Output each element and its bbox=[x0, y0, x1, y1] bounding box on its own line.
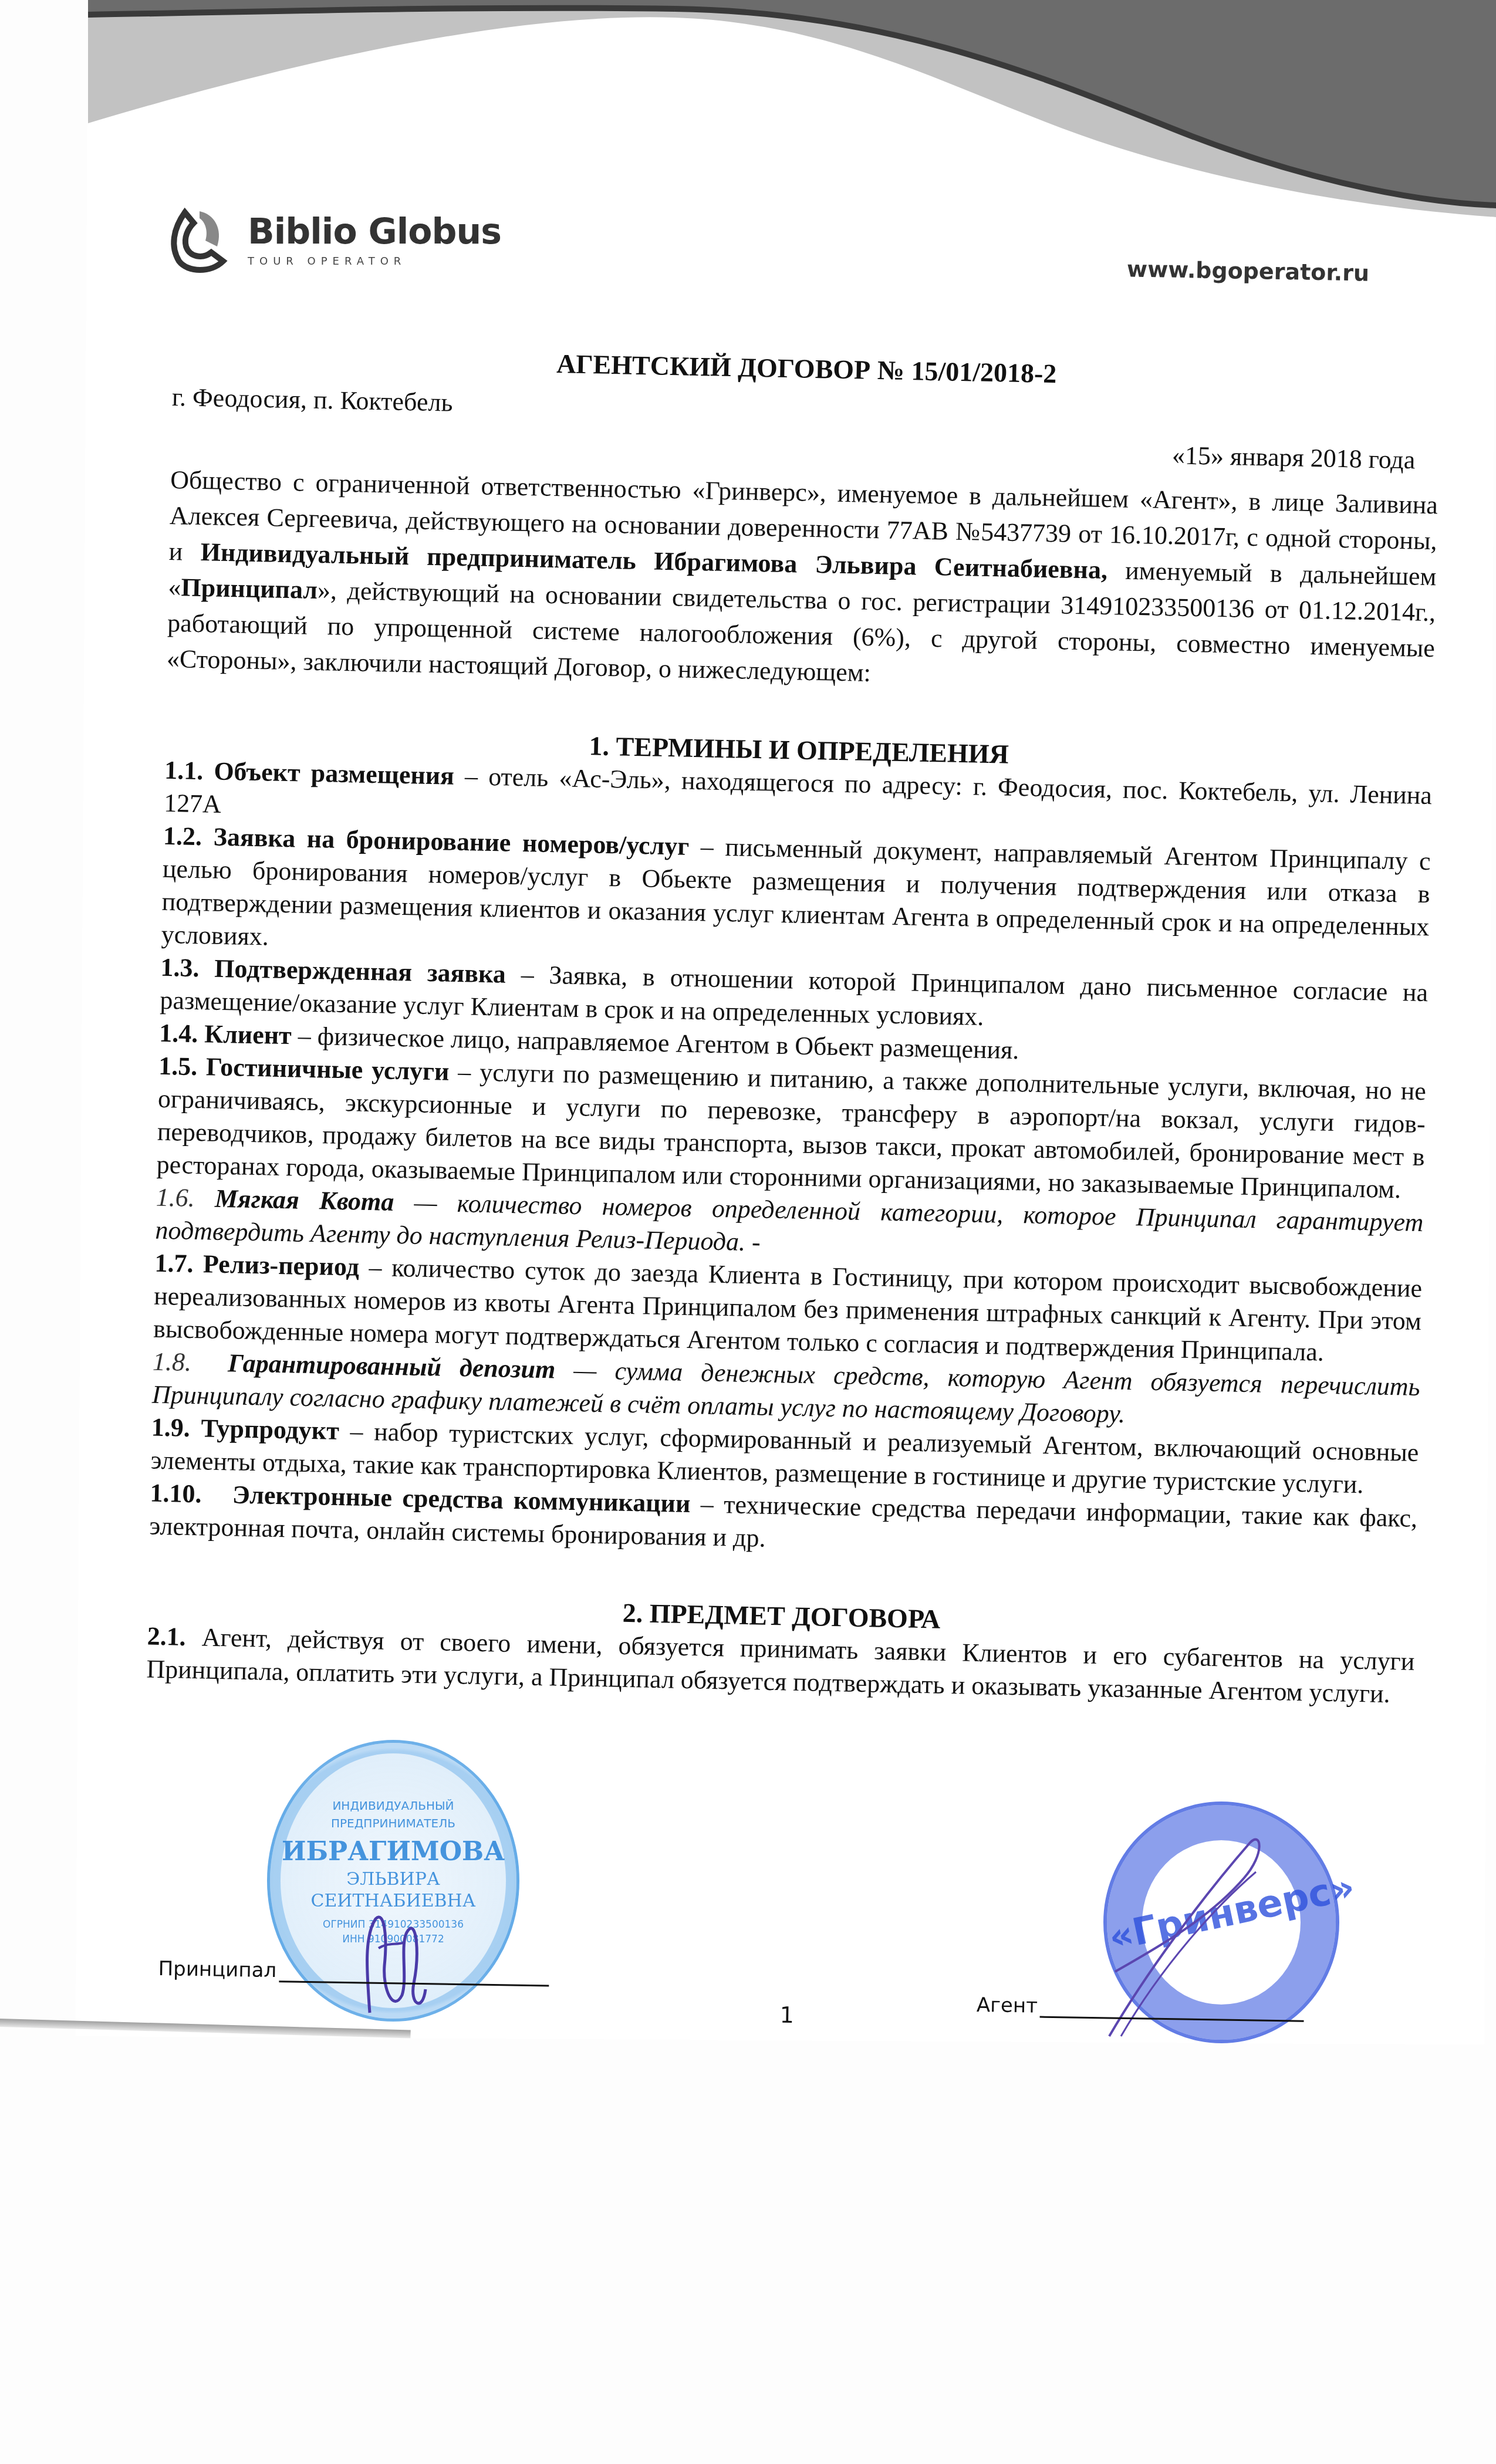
page-number: 1 bbox=[779, 2002, 794, 2028]
clause-1-2: 1.2. Заявка на бронирование номеров/услу… bbox=[161, 820, 1431, 976]
header-wave-decoration bbox=[88, 0, 1496, 217]
preamble: Общество с ограниченной ответственностью… bbox=[166, 462, 1438, 702]
clause-1-5: 1.5. Гостиничные услуги – услуги по разм… bbox=[156, 1050, 1426, 1206]
brand-logo: Biblio Globus TOUR OPERATOR bbox=[167, 205, 501, 276]
brand-tagline: TOUR OPERATOR bbox=[248, 255, 501, 268]
principal-signature-line bbox=[279, 1980, 549, 1986]
biblio-globus-logo-icon bbox=[167, 205, 235, 276]
website-link[interactable]: www.bgoperator.ru bbox=[1127, 256, 1370, 286]
principal-label: Принципал bbox=[158, 1957, 276, 1982]
agent-signature-field: Агент bbox=[977, 1993, 1305, 2022]
agent-signature-line bbox=[1040, 2016, 1304, 2022]
brand-name: Biblio Globus bbox=[248, 214, 501, 249]
agent-label: Агент bbox=[977, 1993, 1038, 2018]
contract-body: АГЕНТСКИЙ ДОГОВОР № 15/01/2018-2 г. Феод… bbox=[146, 340, 1441, 1711]
